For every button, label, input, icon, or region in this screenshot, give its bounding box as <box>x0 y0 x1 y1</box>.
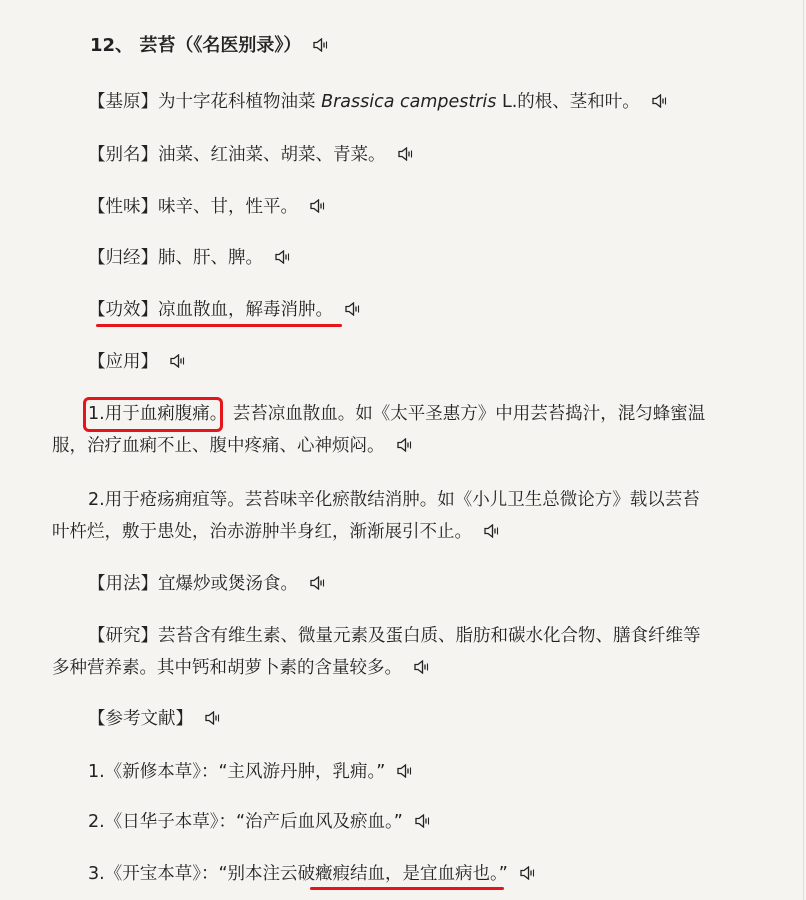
speaker-icon[interactable] <box>398 147 413 161</box>
usage-text: 芸苔凉血散血。如《太平圣惠方》中用芸苔捣汁，混匀蜂蜜温 <box>233 404 706 424</box>
speaker-icon[interactable] <box>652 94 667 108</box>
reference-text: ” <box>499 864 508 884</box>
speaker-icon[interactable] <box>345 302 360 316</box>
reference-text: 3.《开宝本草》：“别本注云 <box>88 864 298 884</box>
speaker-icon[interactable] <box>415 814 430 828</box>
section-text: 油菜、红油菜、胡菜、青菜。 <box>158 145 386 165</box>
speaker-icon[interactable] <box>397 438 412 452</box>
page-title: 12、 芸苔（《名医别录》） <box>90 30 803 62</box>
section-text: 【研究】芸苔含有维生素、微量元素及蛋白质、脂肪和碳水化合物、膳食纤维等 <box>88 626 701 646</box>
section-yingyong: 【应用】 <box>88 346 803 378</box>
reference-text: 1.《新修本草》：“主风游丹肿，乳痈。” <box>88 762 385 782</box>
section-jiyuan: 【基原】为十字花科植物油菜 Brassica campestris L.的根、茎… <box>88 86 803 118</box>
usage-2-line-2: 叶杵烂，敷于患处，治赤游肿半身红，渐渐展引不止。 <box>52 516 803 548</box>
speaker-icon[interactable] <box>275 250 290 264</box>
section-label: 【参考文献】 <box>88 709 193 729</box>
section-text: 凉血散血，解毒消肿。 <box>158 300 333 320</box>
section-yanjiu-line-2: 多种营养素。其中钙和胡萝卜素的含量较多。 <box>52 652 803 684</box>
reference-item: 2.《日华子本草》：“治产后血风及瘀血。” <box>88 806 803 838</box>
speaker-icon[interactable] <box>310 576 325 590</box>
reference-item: 1.《新修本草》：“主风游丹肿，乳痈。” <box>88 756 803 788</box>
section-label: 【功效】 <box>88 300 158 320</box>
section-label: 【基原】 <box>88 92 158 112</box>
section-xingwei: 【性味】味辛、甘，性平。 <box>88 191 803 223</box>
title-text: 12、 芸苔（《名医别录》） <box>90 35 301 56</box>
section-text: 为十字花科植物油菜 <box>158 92 321 112</box>
usage-text: 2.用于疮疡痈疽等。芸苔味辛化瘀散结消肿。如《小儿卫生总微论方》载以芸苔 <box>88 490 700 510</box>
red-box-annotation <box>83 397 223 432</box>
usage-2-line-1: 2.用于疮疡痈疽等。芸苔味辛化瘀散结消肿。如《小儿卫生总微论方》载以芸苔 <box>88 484 803 516</box>
speaker-icon[interactable] <box>205 711 220 725</box>
reference-underlined-text: 破癥瘕结血，是宜血病也。 <box>298 864 499 884</box>
speaker-icon[interactable] <box>170 354 185 368</box>
usage-text: 服，治疗血痢不止、腹中疼痛、心神烦闷。 <box>52 436 385 456</box>
latin-name: Brassica campestris <box>321 92 496 112</box>
speaker-icon[interactable] <box>520 866 535 880</box>
reference-item: 3.《开宝本草》：“别本注云破癥瘕结血，是宜血病也。” <box>88 858 803 890</box>
speaker-icon[interactable] <box>397 764 412 778</box>
red-underline-annotation <box>310 887 504 890</box>
section-label: 【应用】 <box>88 352 158 372</box>
section-yanjiu-line-1: 【研究】芸苔含有维生素、微量元素及蛋白质、脂肪和碳水化合物、膳食纤维等 <box>88 620 803 652</box>
document-page: 12、 芸苔（《名医别录》） 【基原】为十字花科植物油菜 Brassica ca… <box>0 0 804 900</box>
usage-text: 叶杵烂，敷于患处，治赤游肿半身红，渐渐展引不止。 <box>52 522 472 542</box>
speaker-icon[interactable] <box>313 38 328 52</box>
red-underline-annotation <box>96 324 342 327</box>
section-text: 味辛、甘，性平。 <box>158 197 298 217</box>
section-guijing: 【归经】肺、肝、脾。 <box>88 242 803 274</box>
usage-1-line-2: 服，治疗血痢不止、腹中疼痛、心神烦闷。 <box>52 430 803 462</box>
section-yongfa: 【用法】宜爆炒或煲汤食。 <box>88 568 803 600</box>
section-text: 宜爆炒或煲汤食。 <box>158 574 298 594</box>
section-cankao: 【参考文献】 <box>88 703 803 735</box>
section-label: 【别名】 <box>88 145 158 165</box>
section-text: 肺、肝、脾。 <box>158 248 263 268</box>
section-label: 【用法】 <box>88 574 158 594</box>
section-bieming: 【别名】油菜、红油菜、胡菜、青菜。 <box>88 139 803 171</box>
section-text: 多种营养素。其中钙和胡萝卜素的含量较多。 <box>52 658 402 678</box>
section-gongxiao: 【功效】凉血散血，解毒消肿。 <box>88 294 803 326</box>
speaker-icon[interactable] <box>484 524 499 538</box>
reference-text: 2.《日华子本草》：“治产后血风及瘀血。” <box>88 812 403 832</box>
speaker-icon[interactable] <box>414 660 429 674</box>
section-text: L.的根、茎和叶。 <box>496 92 639 112</box>
section-label: 【性味】 <box>88 197 158 217</box>
speaker-icon[interactable] <box>310 199 325 213</box>
section-label: 【归经】 <box>88 248 158 268</box>
